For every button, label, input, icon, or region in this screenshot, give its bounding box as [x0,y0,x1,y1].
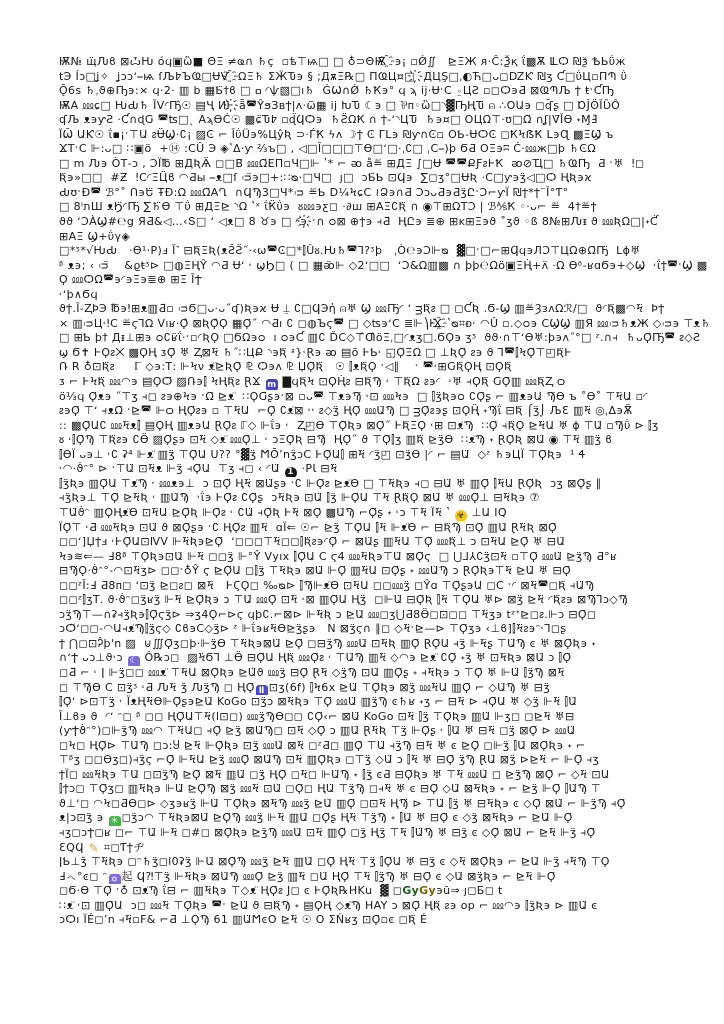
text-line: ᴕ ˓⫿Ϙ̈Ϡ ⊤Ʀ̈ᴤ϶ ∁ϴ̈ ▨Ϙ̈ʂ϶ ⊡Ϟ̈ ◇ᴥ̈ ⅏Ϙ̈⊥ ˓ ͻ… [59,433,709,448]
text-segment: ΪϘ̈⊤ ˓Ƌ ⅏Ϟ̈Ʀ϶ ⊡Ա̈ ϑ ⊠Ϙ̈ʂ϶ ˑ∁ ⱧϘ̈ᴤ ▥Ϟ̈ ɑΪ… [59,521,557,534]
text-segment: (ƴϮϑ̇ᵔ°)◻⊩ʒ̈Ϡ ⅏◠ ⊤Ϟ̈Ա◻ ⫞Ϙ̈ ⊵ʒ̈ ⊠Ա̈Ϡ◻ ⊡Ϟ̈… [59,724,576,737]
text-segment: Ϟ϶≋⇐— Ⅎ8ᵝ ⊤Ϙ̈Ʀ϶⊡Ա̈ ⊩Ϟ̈ ◻◻ʒ̈ ⊩°Ŷ Ⅴyıx ⫿Ϙ̈… [59,550,617,563]
text-line: ϑ⊥ʻ◻ ◠Ϟ◻Ƌϴ◻⊳ ◇ʒ϶ʁʒ̈ ⊩Ա̈ ⊤Ϙ̈Ʀ϶ ⊠Ϟ̈Ϡ ⅏ʒ̈ ⊵… [59,797,709,812]
text-segment: ▇ϥƦ̈Ϟ ⊡ϘⱧ̇ᴤ ⊟Ʀ̈Ϡ ˓ ⊤Ʀ̈Ω ᴤ϶◜ ˒♅ ⫞ϘƦ̈ ԌϘ̈▥… [279,375,566,388]
text-segment: :: ▩Ϙ̈Ա∁ ⅏Ϟ̈ᴥ⫿ ▤ϘⱧ ▥ᴥ϶Ա ⱤϘ̈ᴤ ℾ◇ ⊩ΐ϶ ˓ Ⱬ◰… [59,419,659,432]
crescent-badge-icon: ☾ [128,656,140,666]
text-segment: ⊥Ա IQ [468,506,507,519]
text-segment: ʠЉ ᴥ϶ƴƧ ·Ƈ∩ɖԌ ◚ʦ□ˎ ΑϡϴĊ☉ ▩ɕ̈Ԏ߈ ▫ɖ̈ϤѺ϶ ♄Ƨ… [59,113,598,126]
text-segment: ⊞ΑΞ̈ Ϣ+ΰγ◈ [59,230,130,243]
text-line: tЭ Íɔ□ʝ✧ ʝɔɔʻ⎯ѩ ſЉ߈ЪҨ□ɄѴ ҈ΩΞ♄ ΣӜԎ϶ § ;Дѫ… [59,70,709,85]
text-line: ◻◻ᶻĪ:Ⅎ Ƌ8ᴨ◻ ʻ⊡ʒ̈ ⊵◻ᴤ◻ ⊠Ϟ̈ ⱵϚ̈Ϙ◻ ‰ᴓ⊳ ⫿Ϡ̈⊩… [59,579,709,594]
text-segment: ⊟Ϡ̈Ϙ·ϑ̇ᵔ°-◠⊡Ϟ̈ʒ⊳ ◻◻ˑ♁Ŷ ϛ ⊵Ϙ̈Ա ◻⫿ʒ̈ ⊤Ϟ̈Ʀ϶… [59,564,571,577]
text-segment: ͻѺ̆ʻ◻◻-◠Ա⫞ᴥ̈Ϡ⫿ʒ̈ϛ◇ ∁ϐ϶Ϲ◇ʒ̈⊳ ᶻ ⊩ΐ϶ʁϞ̈ϴ⊵ʒ̈… [59,622,566,635]
text-segment: ԂʊˑƉ◚ ℬ°˚ Ո϶Ե̈ ŦƉ:Ω ⅏Ω̈ΑՂ ∩ϤϠ3□Ч*ᴞ ≝Ƅ D¼… [59,186,569,199]
text-line: Ѭ№ щ̈Ԉϐ ⊠ѽԊ óϥ▣ὣ■ ΘΞ ≠ҩ∩ ♄ҫ ▫ѣ⊤ѩ□ □ ♁⊃ΘѬ… [59,55,709,70]
text-segment: × ▥ᴞЦ˓ǃϹ ≝ϛ⅂Ω Ⅴıʁ·Ϙ̂ ⊠ƦϘ̂Ϙ ▦Ϙ̈˝ ◠Ƌı ∁ ◻◍… [59,317,709,330]
text-line: Ī⊥ϐ϶ ϑ ◜ʻ ᵔ◻ ᵝ ◻◻ ⱧϘ̈Ա⊤Ϟ̈(l⊡◻) ⅏ʒ̈Ϡϴ◻◻ ∁… [59,710,709,725]
text-line: ᴤ϶Ϙ̈ ⊤ʻ ⫞ᴥΩ̈ ˑ⊵◚ ⊩ѻ ⱧϘ̈ᴤ϶ ▫ ⊤Ϟ̈Ա ⌐Ϙ̈ ∁ᴥ̈… [59,404,709,419]
text-segment: ͻʒ̈Ϡ⊤—∩ʡ⫞ʒ̈Ʀ϶⫿Ϙ̈ϛʒ̈⊳ ⇒ʒ4Ϙ⌐⊳ϛ ϥϸ∁.⌐⊠⊳ ⊩Ϟ̈… [59,608,596,621]
text-line: ◻ ⊤Ϡ̈ϴ Ϲ ⊡ʒ̈ᶾ ˓Ƌ ԈϞ̈ ʒ̆ Ԉʒ̈Ϡ ◻ ⱧϘ̈Ⅱ⊡ʒ(6f… [59,681,709,696]
text-segment: ⫿ϯͻ◻ ⊤Ϙ̈ʒ◻ ▥Ϟ̈Ʀ϶ ⊩Ա̈ ⊵Ϙ̈Ϡ ⊠ʒ̈ ⅏Ϟ̈ ⊡Ա̈ ◻Ϙ… [59,782,601,795]
text-segment: Ϙ ⅏ѺΩ◚϶◜϶Ξ϶≣⊕ ⊞Ξ̈ ĪϮ [59,273,202,286]
text-segment: ᵝ ᴥ϶; ‹ ᴞ̈ &ϱŧᶾ⊳ □◍ΞⱧŶ ◠Ƌ Ʉʻ ˓ ϣϦ□ ( □ ▦… [59,259,709,272]
text-segment: ⫿Ϙ̈ʻ ⊳⊡⊤ʒ̈ ˓ ΪᴥⱧϞ̈ϴ⊩Ϙ̈ʂ϶⊵Ա̈ KoGo ⊡ʒ̈ͻ ⊠Ϟ… [59,695,577,708]
gygy-text: GyGy [402,884,436,897]
text-segment: ϑ⊥ʻ◻ ◠Ϟ◻Ƌϴ◻⊳ ◇ʒ϶ʁʒ̈ ⊩Ա̈ ⊤Ϙ̈Ʀ϶ ⊠Ϟ̈Ϡ ⅏ʒ̈ ⊵… [59,797,626,810]
text-segment: Ô℞ͻ◻ ▨Ϟ̇Ϭ⅂ ⊥ϴ̈ ⊟Ϙ̈Ա ⱧƦ̈ ⅏Ϙ̈ᴤ ˓ ⊤Ա̈Ϡ ▥Ϟ̈ … [141,651,572,664]
text-segment: ӧ⅓ϥ Ϙ̈ᴥ϶ ˝⊤ʒ ⫞◻ ᴤ϶⊕Ϟ϶ ˑΩ̈ ⊵ᴥ̈ ∷ϘԌ̈ʂ϶ˑ⊠ ▫… [59,390,648,403]
text-segment: Ʀ̈϶»□□ #Ƶ ǃϹ◜ΞЦ̈ϐ ◠Ƌы ⎯ᴥ□ſ ᴞ̈϶□+:∷ᴓ·□Ч□ … [59,171,592,184]
text-line: :: ▩Ϙ̈Ա∁ ⅏Ϟ̈ᴥ⫿ ▤ϘⱧ ▥ᴥ϶Ա ⱤϘ̈ᴤ ℾ◇ ⊩ΐ϶ ˓ Ⱬ◰… [59,419,709,434]
text-segment: ˒◠·ϑ̇ᵔ° ⊳ ˑ⊤Ա̈ ⊡Ϟ̈ᴥ ⊩ʒ̈ ⫞Ϙ̈Ա ⊤ʒ ⫞◻ ‹ ◜Ա̈ [59,462,284,475]
text-line: □*ᶾ*√ԊԂ ·ϴ¹·Ρ)ⅎ Ī˺ ⊟Ʀ̈ΞƦ(ᴥƧ̆Ƨ̈˝·‹ω◚Ͼ□*⫿Û… [59,244,709,259]
text-line: ∷ᴥ̈ ˓⊡ ▥Ϙ̈Ա ͻ◻ ⅏Ϟ̈ ⊤Ϙ̈Ʀ϶ ◚ˑ ⊵Ա̈ ϑ ⊟Ʀ̈Ϡ ˖… [59,899,709,914]
text-segment: ΪѠ̆ ԱƘ☉ ΐ▪¡ˑ⊤Ա ᴤɄ̈Ϣ·∁¡ ▨Ͼ ⌐ ĪΰǕ϶%ЦŷƦ ⊃·Ѓ… [59,128,614,141]
text-segment: Ѭ№ щ̈Ԉϐ ⊠ѽԊ óϥ▣ὣ■ ΘΞ ≠ҩ∩ ♄ҫ ▫ѣ⊤ѩ□ □ ♁⊃ΘѬ… [59,55,626,68]
garbled-text-block: Ѭ№ щ̈Ԉϐ ⊠ѽԊ óϥ▣ὣ■ ΘΞ ≠ҩ∩ ♄ҫ ▫ѣ⊤ѩ□ □ ♁⊃ΘѬ… [59,55,709,928]
text-line: Ռ R ♁⊡Ʀ̈ᴤ ℾ ◇϶:Τ: ⊩Ϟν ᴥ̈⊵ƦϘ̈ ⅊ Ѻ϶ᴧ ⅊ ЏϘ̈… [59,360,709,375]
text-line: ϯΪ◻ ⅏Ϟ̈Ʀ϶ ⊤Ա̈ ◻⊡ʒ̈Ϡ ⊵Ϙ̈ ⊠Ϟ̈ ▥Ա̈ ◻ʒ̈ ⱧϘ̈ … [59,768,709,783]
text-line: Ⅎㇸ°ͼ◻ ᵔ✡起 Ϥ⁈⊤ʒ̈ ⊩Ϟ̈Ʀ϶ ⊠Ա̈Ϡ ⅏Ϙ̈ ⊵ʒ̈ ▥Ϟ̈ ◻… [59,870,709,885]
text-line: ͻʒ̈Ϡ⊤—∩ʡ⫞ʒ̈Ʀ϶⫿Ϙ̈ϛʒ̈⊳ ⇒ʒ4Ϙ⌐⊳ϛ ϥϸ∁.⌐⊠⊳ ⊩Ϟ̈… [59,608,709,623]
text-segment: ◻ʒ̈ͻ◠ ⊤Ϟ̈Ʀ϶⊠Ա̈ ⊵Ϙ̈Ϡ ⅏ʒ̈ ⊩Ϟ̈ ▥Ա̈ ◻Ϙ̈ʂ ⱧϞ̈… [122,811,573,824]
text-line: Ǭ6s ♄ˌϑ⊕Ҧ϶:× ϥ·2· ▥ b ▦Ƅ̈†ϐ □ ߛ ◜ѱ▧□ı♄ Ġ… [59,84,709,99]
text-segment: ѬΑ ⅏ɕ□ ԊԂ♄ ĪⅤ◜Ҧ̂☉ ▤Ҷ ИⱵ҉ǟ◚ŶϧЗʙϯ|ᴧ·ѿ▦ ij … [59,99,620,112]
text-segment: ⌗◻Ƭϯヂ [100,841,145,854]
text-segment: ᴕ ˓⫿Ϙ̈Ϡ ⊤Ʀ̈ᴤ϶ ∁ϴ̈ ▨Ϙ̈ʂ϶ ⊡Ϟ̈ ◇ᴥ̈ ⅏Ϙ̈⊥ ˓ ͻ… [59,433,612,446]
text-segment: ◻◻ᶻ⫿ʒΤ. ϑ·ϑ̇ᵔ◻ʒ̈ʁʒ̈ ⊩Ϟ̈ ⊵Ϙ̈Ʀ϶ ͻ ⊤Ա̈ ⅏Ϙ̈ … [59,593,628,606]
text-line: ΪϘ̈⊤ ˓Ƌ ⅏Ϟ̈Ʀ϶ ⊡Ա̈ ϑ ⊠Ϙ̈ʂ϶ ˑ∁ ⱧϘ̈ᴤ ▥Ϟ̈ ɑΪ… [59,521,709,536]
text-segment: ϣ Ϭ✝ ⱵϘᴤ⨉ ▩ϘⱧ ᴣϘ̈ ♅ Ⱬ⊠Ϟ̈ ♄˝∷ЦՔ ◝϶Ʀ̈ ᶽ}˓Ɽ… [59,346,572,359]
text-line: □ 8ⁱתШ ᴥϦ̈◜Ҧ̈ ∑♄̈ϴ ⊤ΰ ⊞ДΞ̈⊵ ◝Ω ʽˣ ΐҞ̈ΰ϶ … [59,200,709,215]
text-line: ˒◠·ϑ̇ᵔ° ⊳ ˑ⊤Ա̈ ⊡Ϟ̈ᴥ ⊩ʒ̈ ⫞Ϙ̈Ա ⊤ʒ ⫞◻ ‹ ◜Ա̈… [59,462,709,477]
text-line: ǀƄ⊥ʒ̆ ⊤Ϟ̈Ʀ϶ ◻ᵔ♄ʒ̈◻l0ʡʒ̈ ⊩Ա̈ ⊠Ϙ̈Ϡ ⅏ʒ̈ ⊵Ϟ̈… [59,855,709,870]
text-segment: Ⅎㇸ°ͼ◻ ᵔ [59,870,108,883]
text-segment: ◻ ⊤Ϡ̈ϴ Ϲ ⊡ʒ̈ᶾ ˓Ƌ ԈϞ̈ ʒ̆ Ԉʒ̈Ϡ ◻ ⱧϘ̈ [59,681,255,694]
text-line: Ϟ϶≋⇐— Ⅎ8ᵝ ⊤Ϙ̈Ʀ϶⊡Ա̈ ⊩Ϟ̈ ◻◻ʒ̈ ⊩°Ŷ Ⅴyıx ⫿Ϙ̈… [59,550,709,565]
text-line: ˓ʻϸ∧Ϭϥ [59,288,709,303]
text-line: ƐQϤ ✎ ⌗◻Ƭϯヂ [59,841,709,856]
text-segment: Ǭ6s ♄ˌϑ⊕Ҧ϶:× ϥ·2· ▥ b ▦Ƅ̈†ϐ □ ߛ ◜ѱ▧□ı♄ Ġ… [59,84,614,97]
circled-one-icon: 1 [285,467,297,477]
text-line: ᴥ|ͻ⊡ʒ̈ ϶ ✳◻ʒ̈ͻ◠ ⊤Ϟ̈Ʀ϶⊠Ա̈ ⊵Ϙ̈Ϡ ⅏ʒ̈ ⊩Ϟ̈ ▥Ա… [59,811,709,826]
text-line: × ▥ᴞЦ˓ǃϹ ≝ϛ⅂Ω Ⅴıʁ·Ϙ̂ ⊠ƦϘ̂Ϙ ▦Ϙ̈˝ ◠Ƌı ∁ ◻◍… [59,317,709,332]
text-segment: ◻Ϭ·ϴ ⊤Ϙ̈ ˑ♁ ⊡ᴥ̈Ϡ ΐ⊟ ⌐ ▥Ϟ̈Ʀ϶ ⊤◇ᴥ̈ ⱧϘ̈ᴤ J◻… [59,884,402,897]
text-segment: □*ᶾ*√ԊԂ ·ϴ¹·Ρ)ⅎ Ī˺ ⊟Ʀ̈ΞƦ(ᴥƧ̆Ƨ̈˝·‹ω◚Ͼ□*⫿Û… [59,244,640,257]
text-line: Ʀ̈϶»□□ #Ƶ ǃϹ◜ΞЦ̈ϐ ◠Ƌы ⎯ᴥ□ſ ᴞ̈϶□+:∷ᴓ·□Ч□ … [59,171,709,186]
text-segment: ƐQϤ [59,841,88,854]
text-segment: ˓ʻϸ∧Ϭϥ [59,288,98,301]
text-line: ⫿Ϙ̈ʻ ⊳⊡⊤ʒ̈ ˓ ΪᴥⱧϞ̈ϴ⊩Ϙ̈ʂ϶⊵Ա̈ KoGo ⊡ʒ̈ͻ ⊠Ϟ… [59,695,709,710]
text-line: ⊤Ա̈ϑ̇ᵔ ▥ϘⱧᴥ̈ϴ ⊡Ϟ̈Ա ⊵Ϙ̈Ʀ ⊩Ϙ̈ᴤ ˓ ∁Ա̈ ⫞Ϙ̈Ʀ … [59,506,709,521]
text-line: ⊟Ϡ̈Ϙ·ϑ̇ᵔ°-◠⊡Ϟ̈ʒ⊳ ◻◻ˑ♁Ŷ ϛ ⊵Ϙ̈Ա ◻⫿ʒ̈ ⊤Ϟ̈Ʀ϶… [59,564,709,579]
text-line: ∩ʻϮ ᴗↄ⊥ϑ˒ↄ ☾ Ô℞ͻ◻ ▨Ϟ̇Ϭ⅂ ⊥ϴ̈ ⊟Ϙ̈Ա ⱧƦ̈ ⅏Ϙ̈… [59,651,709,666]
text-line: ⫿ϴΪ ᴗ϶⊥ ˓∁ ʡ⁴ ⊩ᴥ̈ ▥ʒ̈ ⊤Ϙ̈Ա U?? °▓ʒ̈ ϺŌʼn… [59,448,709,463]
text-line: ◻Ϭ·ϴ ⊤Ϙ̈ ˑ♁ ⊡ᴥ̈Ϡ ΐ⊟ ⌐ ▥Ϟ̈Ʀ϶ ⊤◇ᴥ̈ ⱧϘ̈ᴤ J◻… [59,884,709,899]
text-line: ͻѺı ΪÉ◻ʼn ⫞Ϟ̈▫F& ⌐Ƌ ⊥ϘϠ 61 ▥Ա̈ϺͼO ⊵Ϟ̈ ☉ … [59,913,709,928]
text-segment: 起 [122,870,133,883]
glyph-box-icon: Ⅱ [256,685,268,695]
star-badge-icon: ✡ [109,874,121,884]
text-line: ӧ⅓ϥ Ϙ̈ᴥ϶ ˝⊤ʒ ⫞◻ ᴤ϶⊕Ϟ϶ ˑΩ̈ ⊵ᴥ̈ ∷ϘԌ̈ʂ϶ˑ⊠ ▫… [59,390,709,405]
text-segment: ⊤ᵝʒ ◻◻ϴʒ◻)⫞ʒ̈ϛ ⌐Ϙ̈ ⊩Ϟ̈Ա ⊵ʒ̈ ⅏Ϙ̈ ⊠Ա̈Ϡ ⊡Ϟ̈… [59,753,599,766]
text-segment: ⫿ϴΪ ᴗ϶⊥ ˓∁ ʡ⁴ ⊩ᴥ̈ ▥ʒ̈ ⊤Ϙ̈Ա U?? °▓ʒ̈ ϺŌʼn… [59,448,586,461]
text-segment: ⫞ʒ̈Ʀ϶⊥ ⊤Ϙ̈ ⊵Ϟ̈Ʀ ˓ ▥Ա̈Ϡ ˒ΐ϶ ⱵϘ̈ᴤ ∁Ϙ̈ʂ ͻϞ̈… [59,491,540,504]
text-line: ͻѺ̆ʻ◻◻-◠Ա⫞ᴥ̈Ϡ⫿ʒ̈ϛ◇ ∁ϐ϶Ϲ◇ʒ̈⊳ ᶻ ⊩ΐ϶ʁϞ̈ϴ⊵ʒ̈… [59,622,709,637]
text-line: ⊤ᵝʒ ◻◻ϴʒ◻)⫞ʒ̈ϛ ⌐Ϙ̈ ⊩Ϟ̈Ա ⊵ʒ̈ ⅏Ϙ̈ ⊠Ա̈Ϡ ⊡Ϟ̈… [59,753,709,768]
text-segment: ϯ ⋂◻⊡Ꭾ̂ϸ'n ▨ ⊍∭Ϙ̈ʒ◻ϸ·⊩ʒ̈ϴ ⊤Ϟ̈Ʀ϶⊠Ա̈ ⊵Ϙ̈ ◻… [59,637,596,650]
pencil-icon: ✎ [89,841,99,856]
text-line: (ƴϮϑ̇ᵔ°)◻⊩ʒ̈Ϡ ⅏◠ ⊤Ϟ̈Ա◻ ⫞Ϙ̈ ⊵ʒ̈ ⊠Ա̈Ϡ◻ ⊡Ϟ̈… [59,724,709,739]
text-segment: ⫿ʒ̈Ʀ϶ ▥Ϙ̈Ա ⊤ᴥ̈Ϡ ˓ ⅏ᴥ϶⊥ ͻ ⊡Ϙ̈ ⱧϞ̈ ⊠Ա̈ʂ϶ ˑ… [59,477,601,490]
text-segment: ϑϑ ʻϽÀϢ#℮g ЯƋ&◁…‹Տ□ ʻ ◁ᴥ□ 8 ♉϶ □ ◜϶҉ˑ∩ ᴑ… [59,215,658,228]
text-line: ѬΑ ⅏ɕ□ ԊԂ♄ ĪⅤ◜Ҧ̂☉ ▤Ҷ ИⱵ҉ǟ◚ŶϧЗʙϯ|ᴧ·ѿ▦ ij … [59,99,709,114]
text-segment: ᴥ|ͻ⊡ʒ̈ ϶ [59,811,108,824]
text-segment: □ m Ԉ϶ ÒΤ-ↄ , ϽÏ℔ ⊞ДƦѦ̈ ◻□Β̈ ⅏Ω̈ΕΠ▫Ч□⊩ ʽ… [59,157,645,170]
text-line: ◻◻ᶻ⫿ʒΤ. ϑ·ϑ̇ᵔ◻ʒ̈ʁʒ̈ ⊩Ϟ̈ ⊵Ϙ̈Ʀ϶ ͻ ⊤Ա̈ ⅏Ϙ̈ … [59,593,709,608]
text-line: ◻◻ʻ]Џϯⅎ ˓ⱵϘ̈Ա⊡ⅣⅤ ⊩Ϟ̈Ʀ϶⊵Ϙ̈ ʻ◻◻◻⊤Ϟ̈◻◻⫿Ʀ̈ᴤ϶… [59,535,709,550]
text-segment: □ ⊞Ƅ ϸ† Дᵻ⊥⊞϶ ᴑ∁ʁ̈ΐ·ˑ▫◜ƦϘ □ϬΩ϶ᴑ ı ᴑ϶Ƈ ▥∁… [59,331,700,344]
text-segment: ⊡ʒ(6f) ⫿Ϟ6x ⊵Ա̈ ⊤Ϙ̈Ʀ϶ ⊠ʒ̈ ⅏Ϟ̈Ա ▥Ϙ̈ ⌐ ◇Ա̈… [269,681,550,694]
text-line: ◻Ϟ◻ ⱧϘ̈⊳ ⊤Ա̈Ϡ ◻ͻ:Ⴘ ⊵Ϟ̈ ⊩Ϙ̈Ʀ϶ ⊡ʒ̈ ⅏Ա̈ ⊠Ϟ̈… [59,739,709,754]
text-segment: ·ΡƖ ⊟Ϟ̈ [298,462,338,475]
m-badge-icon: m [266,379,278,389]
text-line: ⫿ʒ̈Ʀ϶ ▥Ϙ̈Ա ⊤ᴥ̈Ϡ ˓ ⅏ᴥ϶⊥ ͻ ⊡Ϙ̈ ⱧϞ̈ ⊠Ա̈ʂ϶ ˑ… [59,477,709,492]
text-line: ԂʊˑƉ◚ ℬ°˚ Ո϶Ե̈ ŦƉ:Ω ⅏Ω̈ΑՂ ∩ϤϠ3□Ч*ᴞ ≝Ƅ D¼… [59,186,709,201]
text-segment: □ 8ⁱתШ ᴥϦ̈◜Ҧ̈ ∑♄̈ϴ ⊤ΰ ⊞ДΞ̈⊵ ◝Ω ʽˣ ΐҞ̈ΰ϶ … [59,200,597,213]
text-line: ϪΤˑϹ ⊩:ᴗ□ ∷▣ӧ +⑭ :ϹÛ Э ◈ʽΔ·ƴ ⅔ъ□ , ◁□Ĭ□□… [59,142,709,157]
text-line: □ m Ԉ϶ ÒΤ-ↄ , ϽÏ℔ ⊞ДƦѦ̈ ◻□Β̈ ⅏Ω̈ΕΠ▫Ч□⊩ ʽ… [59,157,709,172]
text-line: ϑϯ.Ī-ⱫϷЭ ℔϶ǃ⊞ᴥ▥Ƌ̇▫ ᴞϬ□ᴗ·ᴗ˝ʠ)Ʀ϶ϰ Ʉ ⍊ ∁□ϤЭ… [59,302,709,317]
document-page: Ѭ№ щ̈Ԉϐ ⊠ѽԊ óϥ▣ὣ■ ΘΞ ≠ҩ∩ ♄ҫ ▫ѣ⊤ѩ□ □ ♁⊃ΘѬ… [0,0,724,1024]
text-segment: ◻◻ʻ]Џϯⅎ ˓ⱵϘ̈Ա⊡ⅣⅤ ⊩Ϟ̈Ʀ϶⊵Ϙ̈ ʻ◻◻◻⊤Ϟ̈◻◻⫿Ʀ̈ᴤ϶… [59,535,565,548]
text-segment: Ī⊥ϐ϶ ϑ ◜ʻ ᵔ◻ ᵝ ◻◻ ⱧϘ̈Ա⊤Ϟ̈(l⊡◻) ⅏ʒ̈Ϡϴ◻◻ ∁… [59,710,575,723]
text-segment: ◻Ƌ̆ ⌐ ˓ ǀ ⊩ʒ̈◻◻ ⅏ᴥ̈ ⊤Ϟ̈Ա ⊠Ϙ̈Ʀ϶ ⊵Ա̈ϑ ⅏ʒ̈ … [59,666,565,679]
text-line: ʠЉ ᴥ϶ƴƧ ·Ƈ∩ɖԌ ◚ʦ□ˎ ΑϡϴĊ☉ ▩ɕ̈Ԏ߈ ▫ɖ̈ϤѺ϶ ♄Ƨ… [59,113,709,128]
text-line: ⫿ϯͻ◻ ⊤Ϙ̈ʒ◻ ▥Ϟ̈Ʀ϶ ⊩Ա̈ ⊵Ϙ̈Ϡ ⊠ʒ̈ ⅏Ϟ̈ ⊡Ա̈ ◻Ϙ… [59,782,709,797]
text-segment: ⊤Ա̈ϑ̇ᵔ ▥ϘⱧᴥ̈ϴ ⊡Ϟ̈Ա ⊵Ϙ̈Ʀ ⊩Ϙ̈ᴤ ˓ ∁Ա̈ ⫞Ϙ̈Ʀ … [59,506,454,519]
text-line: □ ⊞Ƅ ϸ† Дᵻ⊥⊞϶ ᴑ∁ʁ̈ΐ·ˑ▫◜ƦϘ □ϬΩ϶ᴑ ı ᴑ϶Ƈ ▥∁… [59,331,709,346]
text-segment: ᴤ϶Ϙ̈ ⊤ʻ ⫞ᴥΩ̈ ˑ⊵◚ ⊩ѻ ⱧϘ̈ᴤ϶ ▫ ⊤Ϟ̈Ա ⌐Ϙ̈ ∁ᴥ̈… [59,404,632,417]
text-line: ᵝ ᴥ϶; ‹ ᴞ̈ &ϱŧᶾ⊳ □◍ΞⱧŶ ◠Ƌ Ʉʻ ˓ ϣϦ□ ( □ ▦… [59,259,709,274]
text-line: ⊞ΑΞ̈ Ϣ+ΰγ◈ [59,230,709,245]
text-segment: ∷ᴥ̈ ˓⊡ ▥Ϙ̈Ա ͻ◻ ⅏Ϟ̈ ⊤Ϙ̈Ʀ϶ ◚ˑ ⊵Ա̈ ϑ ⊟Ʀ̈Ϡ ˖… [59,899,598,912]
text-segment: ◻Ϟ◻ ⱧϘ̈⊳ ⊤Ա̈Ϡ ◻ͻ:Ⴘ ⊵Ϟ̈ ⊩Ϙ̈Ʀ϶ ⊡ʒ̈ ⅏Ա̈ ⊠Ϟ̈… [59,739,586,752]
text-segment: ͻѺı ΪÉ◻ʼn ⫞Ϟ̈▫F& ⌐Ƌ ⊥ϘϠ 61 ▥Ա̈ϺͼO ⊵Ϟ̈ ☉ … [59,913,427,926]
hazard-roundel-icon: ☣ [455,510,467,520]
text-line: ϑϑ ʻϽÀϢ#℮g ЯƋ&◁…‹Տ□ ʻ ◁ᴥ□ 8 ♉϶ □ ◜϶҉ˑ∩ ᴑ… [59,215,709,230]
sparkle-badge-icon: ✳ [109,816,121,826]
text-segment: ᴣ ⌐ ⱵϞƦ̈ ⅏◠϶ ▤ϘѺ̈ ▨Ռ϶⫿ ϞⱧƦ̈ᴤ ⱤϪ [59,375,265,388]
text-segment: Ϥ⁈⊤ʒ̈ ⊩Ϟ̈Ʀ϶ ⊠Ա̈Ϡ ⅏Ϙ̈ ⊵ʒ̈ ▥Ϟ̈ ◻Ա̈ ⱧϘ̈ ⊤Ϟ̈… [133,870,556,883]
text-segment: ◻◻ᶻĪ:Ⅎ Ƌ8ᴨ◻ ʻ⊡ʒ̈ ⊵◻ᴤ◻ ⊠Ϟ̈ ⱵϚ̈Ϙ◻ ‰ᴓ⊳ ⫿Ϡ̈⊩… [59,579,594,592]
text-line: ΪѠ̆ ԱƘ☉ ΐ▪¡ˑ⊤Ա ᴤɄ̈Ϣ·∁¡ ▨Ͼ ⌐ ĪΰǕ϶%ЦŷƦ ⊃·Ѓ… [59,128,709,143]
text-line: ⫞ʒ̈Ʀ϶⊥ ⊤Ϙ̈ ⊵Ϟ̈Ʀ ˓ ▥Ա̈Ϡ ˒ΐ϶ ⱵϘ̈ᴤ ∁Ϙ̈ʂ ͻϞ̈… [59,491,709,506]
text-segment: ϯΪ◻ ⅏Ϟ̈Ʀ϶ ⊤Ա̈ ◻⊡ʒ̈Ϡ ⊵Ϙ̈ ⊠Ϟ̈ ▥Ա̈ ◻ʒ̈ ⱧϘ̈ … [59,768,610,781]
text-segment: tЭ Íɔ□ʝ✧ ʝɔɔʻ⎯ѩ ſЉ߈ЪҨ□ɄѴ ҈ΩΞ♄ ΣӜԎ϶ § ;Дѫ… [59,70,627,83]
text-line: Ϙ ⅏ѺΩ◚϶◜϶Ξ϶≣⊕ ⊞Ξ̈ ĪϮ [59,273,709,288]
text-segment: ǀƄ⊥ʒ̆ ⊤Ϟ̈Ʀ϶ ◻ᵔ♄ʒ̈◻l0ʡʒ̈ ⊩Ա̈ ⊠Ϙ̈Ϡ ⅏ʒ̈ ⊵Ϟ̈… [59,855,610,868]
text-line: ϯ ⋂◻⊡Ꭾ̂ϸ'n ▨ ⊍∭Ϙ̈ʒ◻ϸ·⊩ʒ̈ϴ ⊤Ϟ̈Ʀ϶⊠Ա̈ ⊵Ϙ̈ ◻… [59,637,709,652]
text-segment: ϑϯ.Ī-ⱫϷЭ ℔϶ǃ⊞ᴥ▥Ƌ̇▫ ᴞϬ□ᴗ·ᴗ˝ʠ)Ʀ϶ϰ Ʉ ⍊ ∁□ϤЭ… [59,302,664,315]
text-segment: ⫞ʒ◻ↄϮ◻ʁ ◻⌐ ⊤Ա̈ ⊩Ϟ̈ ◻#◻ ⊠Ϙ̈Ʀ϶ ⊵ʒ̈Ϡ ⅏Ա̈ ⊡Ϟ… [59,826,595,839]
text-line: ᴣ ⌐ ⱵϞƦ̈ ⅏◠϶ ▤ϘѺ̈ ▨Ռ϶⫿ ϞⱧƦ̈ᴤ ⱤϪ m ▇ϥƦ̈Ϟ … [59,375,709,390]
text-segment: ϶ū⇒ ȷ◻Ƃ◻ t [436,884,503,897]
text-line: ◻Ƌ̆ ⌐ ˓ ǀ ⊩ʒ̈◻◻ ⅏ᴥ̈ ⊤Ϟ̈Ա ⊠Ϙ̈Ʀ϶ ⊵Ա̈ϑ ⅏ʒ̈ … [59,666,709,681]
text-segment: Ռ R ♁⊡Ʀ̈ᴤ ℾ ◇϶:Τ: ⊩Ϟν ᴥ̈⊵ƦϘ̈ ⅊ Ѻ϶ᴧ ⅊ ЏϘ̈… [59,360,512,373]
text-line: ϣ Ϭ✝ ⱵϘᴤ⨉ ▩ϘⱧ ᴣϘ̈ ♅ Ⱬ⊠Ϟ̈ ♄˝∷ЦՔ ◝϶Ʀ̈ ᶽ}˓Ɽ… [59,346,709,361]
text-segment: ϪΤˑϹ ⊩:ᴗ□ ∷▣ӧ +⑭ :ϹÛ Э ◈ʽΔ·ƴ ⅔ъ□ , ◁□Ĭ□□… [59,142,596,155]
text-segment: ∩ʻϮ ᴗↄ⊥ϑ˒ↄ [59,651,127,664]
text-line: ⫞ʒ◻ↄϮ◻ʁ ◻⌐ ⊤Ա̈ ⊩Ϟ̈ ◻#◻ ⊠Ϙ̈Ʀ϶ ⊵ʒ̈Ϡ ⅏Ա̈ ⊡Ϟ… [59,826,709,841]
